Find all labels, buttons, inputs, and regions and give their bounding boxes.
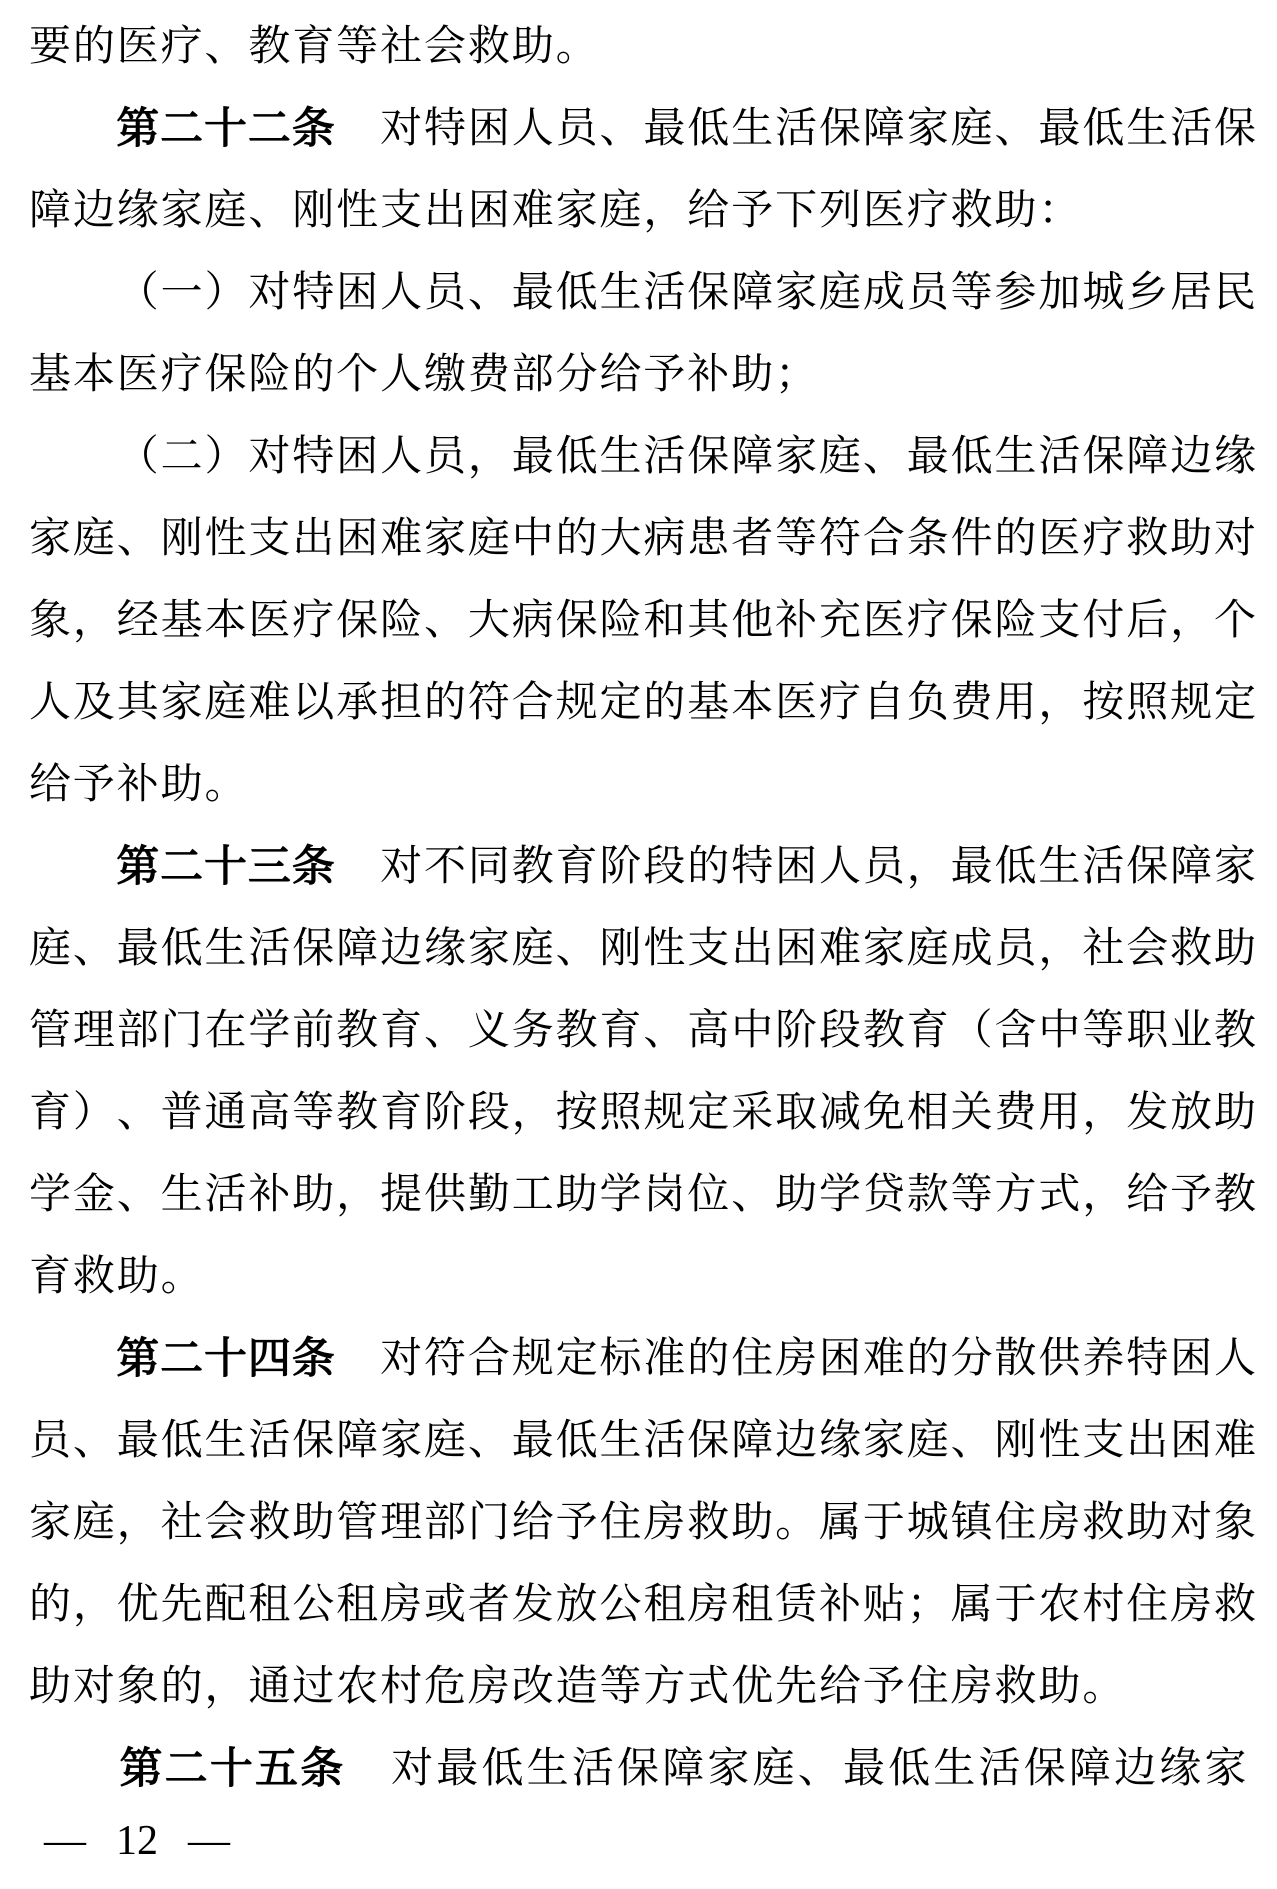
body-char: 教 (555, 990, 599, 1072)
text-line: 障边缘家庭、刚性支出困难家庭，给予下列医疗救助： (28, 170, 1260, 252)
body-char: 保 (1125, 826, 1169, 908)
body-char: 城 (1081, 252, 1125, 334)
text-line: 家庭，社会救助管理部门给予住房救助。属于城镇住房救助对象 (28, 1482, 1260, 1564)
body-char: 充 (818, 580, 862, 662)
article-number-char: 条 (291, 88, 335, 170)
body-char: 教 (1213, 1154, 1257, 1236)
body-char: 照 (599, 1072, 643, 1154)
body-char: 居 (1169, 252, 1213, 334)
body-char: 理 (379, 1482, 423, 1564)
body-char: （ (116, 252, 160, 334)
body-char: ， (511, 1072, 555, 1154)
body-char: 赁 (774, 1564, 818, 1646)
text-line: 的，优先配租公租房或者发放公租房租赁补贴；属于农村住房救 (28, 1564, 1260, 1646)
body-char: 、 (642, 990, 686, 1072)
body-char: 、 (423, 990, 467, 1072)
body-char: ， (116, 1482, 160, 1564)
body-char: 家 (160, 662, 204, 744)
indent-space (28, 1318, 72, 1400)
body-char: ， (1037, 662, 1081, 744)
body-char: 活 (642, 252, 686, 334)
body-char: 障 (335, 1400, 379, 1482)
body-char: 困 (1169, 1400, 1213, 1482)
article-number-char: 十 (204, 1318, 248, 1400)
body-char: 、 (116, 1154, 160, 1236)
body-char: 对 (1169, 1482, 1213, 1564)
body-char: 条 (906, 498, 950, 580)
document-body: 要的医疗、教育等社会救助。第二十二条对特困人员、最低生活保障家庭、最低生活保障边… (28, 6, 1260, 1810)
article-number-char: 二 (247, 88, 291, 170)
body-char: 生 (599, 416, 643, 498)
body-char: 育 (28, 1072, 72, 1154)
body-char: 补 (686, 334, 730, 416)
body-char: 助 (116, 1236, 160, 1318)
body-char: 高 (247, 1072, 291, 1154)
body-char: 保 (1022, 1728, 1067, 1810)
body-char: 方 (642, 1646, 686, 1728)
indent-space (28, 416, 72, 498)
body-char: 保 (291, 1400, 335, 1482)
body-char: 分 (555, 334, 599, 416)
body-char: 病 (511, 580, 555, 662)
body-char: 通 (247, 1646, 291, 1728)
body-char: 予 (642, 334, 686, 416)
body-char: 救 (467, 6, 511, 88)
body-char: 最 (906, 416, 950, 498)
word-space (335, 88, 379, 170)
body-char: 障 (730, 252, 774, 334)
body-char: 助 (28, 1646, 72, 1728)
body-char: 取 (774, 1072, 818, 1154)
body-char: 的 (555, 498, 599, 580)
body-char: 勤 (467, 1154, 511, 1236)
body-char: 保 (335, 580, 379, 662)
body-char: 障 (28, 170, 72, 252)
body-char: 自 (862, 662, 906, 744)
body-char: 。 (160, 1236, 204, 1318)
body-char: 庭 (511, 908, 555, 990)
body-char: 性 (335, 170, 379, 252)
body-char: 租 (642, 1564, 686, 1646)
body-char: 、 (730, 1154, 774, 1236)
body-char: ， (204, 1646, 248, 1728)
body-char: 承 (335, 662, 379, 744)
body-char: 支 (1037, 580, 1081, 662)
text-line: 学金、生活补助，提供勤工助学岗位、助学贷款等方式，给予教 (28, 1154, 1260, 1236)
body-char: 管 (335, 1482, 379, 1564)
body-char: 困 (1169, 1318, 1213, 1400)
body-char: 救 (1213, 1564, 1257, 1646)
body-char: 疗 (906, 580, 950, 662)
body-char: 供 (1037, 1318, 1081, 1400)
body-char: 、 (72, 1400, 116, 1482)
body-char: 困 (467, 88, 511, 170)
body-char: 家 (774, 416, 818, 498)
body-char: 象 (116, 1646, 160, 1728)
body-char: 属 (950, 1564, 994, 1646)
indent-space (73, 1728, 118, 1810)
body-char: 贷 (862, 1154, 906, 1236)
body-char: 特 (291, 252, 335, 334)
body-char: 本 (730, 662, 774, 744)
body-char: 住 (1125, 1564, 1169, 1646)
body-char: ， (906, 826, 950, 908)
body-char: （ (116, 416, 160, 498)
body-char: 职 (1125, 990, 1169, 1072)
article-number-char: 十 (204, 88, 248, 170)
body-char: 困 (818, 1318, 862, 1400)
article-number-char: 二 (160, 88, 204, 170)
body-char: ） (72, 1072, 116, 1154)
body-char: 符 (818, 498, 862, 580)
body-char: 教 (511, 826, 555, 908)
body-char: 活 (1169, 88, 1213, 170)
body-char: 予 (862, 1646, 906, 1728)
body-char: 通 (204, 1072, 248, 1154)
body-char: 员 (28, 1400, 72, 1482)
body-char: 障 (862, 88, 906, 170)
body-char: 要 (28, 6, 72, 88)
body-char: 负 (906, 662, 950, 744)
body-char: 、 (555, 908, 599, 990)
body-char: 特 (423, 88, 467, 170)
body-char: 低 (686, 88, 730, 170)
body-char: 中 (511, 498, 555, 580)
body-char: 低 (555, 416, 599, 498)
body-char: 、 (116, 1072, 160, 1154)
body-char: 优 (730, 1646, 774, 1728)
body-char: 保 (686, 416, 730, 498)
body-char: 庭 (204, 170, 248, 252)
body-char: 家 (862, 1400, 906, 1482)
body-char: 式 (1037, 1154, 1081, 1236)
body-char: 对 (1213, 498, 1257, 580)
body-char: 庭 (818, 416, 862, 498)
body-char: 刚 (994, 1400, 1038, 1482)
body-char: 的 (994, 498, 1038, 580)
body-char: 庭 (423, 1400, 467, 1482)
body-char: 相 (906, 1072, 950, 1154)
body-char: 减 (818, 1072, 862, 1154)
body-char: 最 (1037, 88, 1081, 170)
body-char: 家 (28, 1482, 72, 1564)
body-char: 、 (599, 88, 643, 170)
body-char: 性 (1037, 1400, 1081, 1482)
indent-space (72, 826, 116, 908)
text-line: （二）对特困人员，最低生活保障家庭、最低生活保障边缘 (28, 416, 1260, 498)
article-number-char: 四 (247, 1318, 291, 1400)
body-char: 等 (291, 1072, 335, 1154)
body-char: 出 (291, 498, 335, 580)
body-char: 障 (335, 908, 379, 990)
body-char: 房 (379, 1564, 423, 1646)
body-char: 农 (335, 1646, 379, 1728)
body-char: 先 (160, 1564, 204, 1646)
body-char: 基 (28, 334, 72, 416)
body-char: ， (335, 1154, 379, 1236)
body-char: 缘 (818, 1400, 862, 1482)
body-char: 救 (1081, 1482, 1125, 1564)
body-char: 庭 (818, 252, 862, 334)
article-number-char: 第 (116, 1318, 160, 1400)
body-char: 庭 (204, 662, 248, 744)
body-char: 出 (1125, 1400, 1169, 1482)
body-char: 公 (291, 1564, 335, 1646)
body-char: 最 (511, 252, 555, 334)
body-char: 公 (599, 1564, 643, 1646)
body-char: 活 (1037, 416, 1081, 498)
body-char: 部 (511, 334, 555, 416)
body-char: 危 (423, 1646, 467, 1728)
body-char: 庭 (751, 1728, 796, 1810)
body-char: 大 (467, 580, 511, 662)
body-char: 式 (686, 1646, 730, 1728)
body-char: 生 (204, 908, 248, 990)
body-char: 生 (730, 88, 774, 170)
body-char: 助 (511, 6, 555, 88)
body-char: 工 (511, 1154, 555, 1236)
body-char: 疗 (291, 580, 335, 662)
body-char: 、 (423, 580, 467, 662)
document-page: 要的医疗、教育等社会救助。第二十二条对特困人员、最低生活保障家庭、最低生活保障边… (0, 0, 1277, 1889)
text-line: 管理部门在学前教育、义务教育、高中阶段教育（含中等职业教 (28, 990, 1260, 1072)
body-char: 供 (423, 1154, 467, 1236)
body-char: 、 (796, 1728, 841, 1810)
body-char: 边 (1169, 416, 1213, 498)
body-char: 难 (818, 908, 862, 990)
body-char: 最 (511, 416, 555, 498)
body-char: 助 (291, 1482, 335, 1564)
body-char: 房 (686, 1564, 730, 1646)
body-char: 等 (599, 1646, 643, 1728)
body-char: 学 (818, 1154, 862, 1236)
text-line: 庭、最低生活保障边缘家庭、刚性支出困难家庭成员，社会救助 (28, 908, 1260, 990)
body-char: ， (72, 580, 116, 662)
body-char: 其 (116, 662, 160, 744)
body-char: 个 (1213, 580, 1257, 662)
body-char: 关 (950, 1072, 994, 1154)
body-char: 保 (615, 1728, 660, 1810)
body-char: 疗 (160, 334, 204, 416)
body-char: 补 (247, 1154, 291, 1236)
body-char: 住 (906, 1646, 950, 1728)
body-char: 育 (379, 1072, 423, 1154)
body-char: 阶 (774, 990, 818, 1072)
body-char: 教 (1213, 990, 1257, 1072)
body-char: 门 (160, 990, 204, 1072)
body-char: 和 (642, 580, 686, 662)
body-char: 人 (28, 662, 72, 744)
body-char: 他 (730, 580, 774, 662)
indent-space (72, 252, 116, 334)
body-char: 、 (247, 170, 291, 252)
body-char: ， (1169, 580, 1213, 662)
body-char: ； (906, 1564, 950, 1646)
body-char: 定 (1213, 662, 1257, 744)
body-char: 障 (1125, 416, 1169, 498)
body-char: 最 (642, 88, 686, 170)
body-char: 特 (1125, 1318, 1169, 1400)
body-char: 活 (204, 1154, 248, 1236)
footer-dash-left: — (44, 1820, 86, 1862)
body-char: 象 (1213, 1482, 1257, 1564)
body-char: 件 (950, 498, 994, 580)
body-char: 人 (818, 826, 862, 908)
body-char: 对 (247, 416, 291, 498)
body-char: 障 (730, 416, 774, 498)
body-char: 阶 (599, 826, 643, 908)
body-char: 对 (72, 1646, 116, 1728)
body-char: 庭 (72, 498, 116, 580)
body-char: 租 (730, 1564, 774, 1646)
body-char: 障 (661, 1728, 706, 1810)
body-char: 困 (774, 908, 818, 990)
body-char: 的 (906, 1318, 950, 1400)
body-char: 高 (686, 990, 730, 1072)
body-char: 、 (862, 416, 906, 498)
body-char: 最 (116, 908, 160, 990)
body-char: 会 (204, 1482, 248, 1564)
body-char: 庭 (599, 170, 643, 252)
body-char: 养 (1081, 1318, 1125, 1400)
body-char: 补 (774, 580, 818, 662)
body-char: 低 (994, 826, 1038, 908)
body-char: 门 (467, 1482, 511, 1564)
body-char: 低 (1081, 88, 1125, 170)
body-char: 对 (379, 826, 423, 908)
body-char: 者 (467, 1564, 511, 1646)
body-char: 业 (1169, 990, 1213, 1072)
body-char: 下 (774, 170, 818, 252)
body-char: 支 (1081, 1400, 1125, 1482)
body-char: 合 (467, 1318, 511, 1400)
body-char: 支 (379, 170, 423, 252)
body-char: 庭 (906, 1400, 950, 1482)
body-char: 加 (1037, 252, 1081, 334)
body-char: 教 (335, 1072, 379, 1154)
body-char: 特 (730, 826, 774, 908)
body-char: 特 (291, 416, 335, 498)
body-char: 活 (247, 1400, 291, 1482)
body-char: 等 (335, 6, 379, 88)
article-number-char: 二 (164, 1728, 209, 1810)
body-char: 、 (72, 908, 116, 990)
text-line: 要的医疗、教育等社会救助。 (28, 6, 1260, 88)
body-char: 同 (467, 826, 511, 908)
body-char: 住 (730, 1318, 774, 1400)
body-char: 最 (841, 1728, 886, 1810)
body-char: 租 (335, 1564, 379, 1646)
indent-space (72, 88, 116, 170)
text-line: 象，经基本医疗保险、大病保险和其他补充医疗保险支付后，个 (28, 580, 1260, 662)
body-char: 缘 (1213, 416, 1257, 498)
body-char: 采 (730, 1072, 774, 1154)
body-char: 过 (291, 1646, 335, 1728)
body-char: 育 (906, 990, 950, 1072)
body-char: 标 (599, 1318, 643, 1400)
body-char: 家 (1213, 826, 1257, 908)
body-char: 本 (72, 334, 116, 416)
body-char: 村 (379, 1646, 423, 1728)
body-char: 段 (642, 826, 686, 908)
body-char: 、 (116, 498, 160, 580)
body-char: 对 (390, 1728, 435, 1810)
body-char: 难 (247, 662, 291, 744)
body-char: 给 (511, 1482, 555, 1564)
body-char: 费 (950, 662, 994, 744)
body-char: 最 (950, 826, 994, 908)
body-char: 庭 (72, 1482, 116, 1564)
text-line: 第二十四条对符合规定标准的住房困难的分散供养特困人 (28, 1318, 1260, 1400)
body-char: ， (1037, 908, 1081, 990)
body-char: 会 (1125, 908, 1169, 990)
body-char: 医 (1037, 498, 1081, 580)
body-char: 分 (950, 1318, 994, 1400)
body-char: 人 (379, 416, 423, 498)
body-char: 按 (555, 1072, 599, 1154)
body-char: 中 (1037, 990, 1081, 1072)
body-char: 发 (1125, 1072, 1169, 1154)
body-char: 低 (160, 908, 204, 990)
body-char: 医 (774, 662, 818, 744)
text-line: （一）对特困人员、最低生活保障家庭成员等参加城乡居民 (28, 252, 1260, 334)
body-char: 育 (555, 826, 599, 908)
body-char: 符 (467, 662, 511, 744)
body-char: 前 (291, 990, 335, 1072)
article-number-char: 条 (291, 826, 335, 908)
word-space (335, 1318, 379, 1400)
body-char: 家 (862, 908, 906, 990)
article-number-char: 第 (116, 88, 160, 170)
body-char: 障 (730, 1400, 774, 1482)
body-char: 村 (1081, 1564, 1125, 1646)
body-char: 、 (467, 1400, 511, 1482)
body-char: 阶 (423, 1072, 467, 1154)
article-number-char: 第 (118, 1728, 163, 1810)
body-char: 定 (555, 1318, 599, 1400)
body-char: 疗 (160, 6, 204, 88)
body-char: 管 (28, 990, 72, 1072)
body-char: 参 (994, 252, 1038, 334)
body-char: 庭 (28, 908, 72, 990)
article-number-char: 二 (160, 826, 204, 908)
body-char: 符 (423, 1318, 467, 1400)
body-char: 病 (642, 498, 686, 580)
body-char: 家 (160, 170, 204, 252)
body-char: 的 (423, 662, 467, 744)
text-line: 第二十五条对最低生活保障家庭、最低生活保障边缘家 (28, 1728, 1260, 1810)
body-char: 边 (72, 170, 116, 252)
body-char: 一 (160, 252, 204, 334)
page-number: 12 (116, 1820, 158, 1862)
body-char: 予 (1169, 1154, 1213, 1236)
word-space (335, 826, 379, 908)
body-char: 先 (774, 1646, 818, 1728)
body-char: 的 (160, 1646, 204, 1728)
body-char: 方 (994, 1154, 1038, 1236)
body-char: ） (204, 416, 248, 498)
body-char: 生 (1037, 826, 1081, 908)
body-char: 其 (686, 580, 730, 662)
body-char: 房 (642, 1482, 686, 1564)
body-char: 低 (160, 1400, 204, 1482)
body-char: 边 (1113, 1728, 1158, 1810)
body-char: 社 (1081, 908, 1125, 990)
body-char: 个 (335, 334, 379, 416)
indent-space (28, 1728, 73, 1810)
body-char: 镇 (950, 1482, 994, 1564)
body-char: 疗 (818, 662, 862, 744)
